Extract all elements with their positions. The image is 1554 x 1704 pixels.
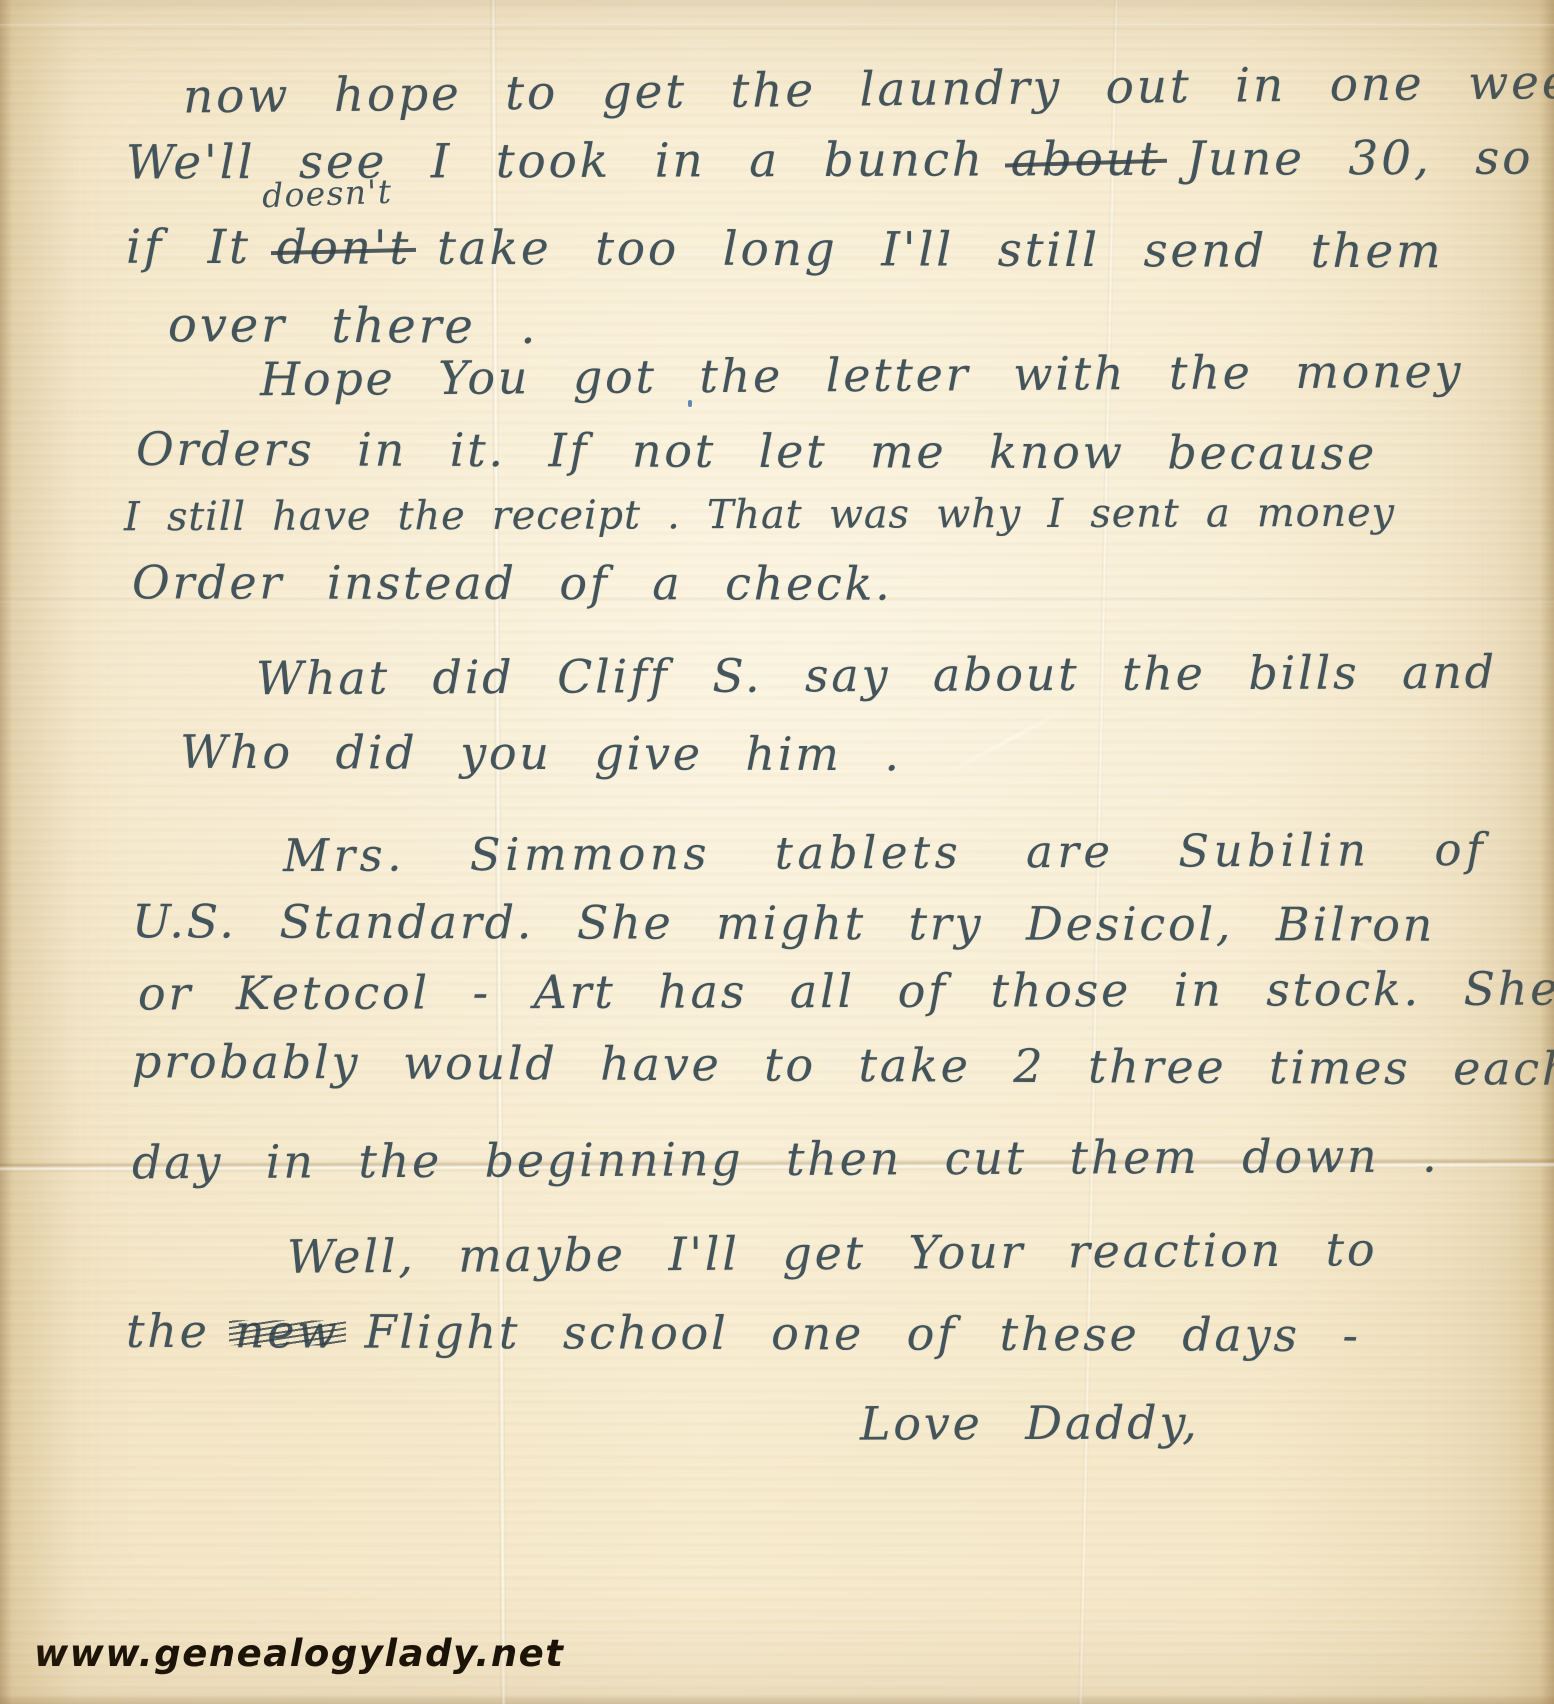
paper-edge-shadow-bottom [0,1694,1554,1704]
letter-text: now hope to get the laundry out in one w… [183,54,1554,124]
letter-text: What did Cliff S. say about the bills an… [256,645,1497,705]
letter-line-6: Orders in it. If not let me know because [136,422,1377,480]
letter-line-1: now hope to get the laundry out in one w… [183,54,1554,124]
paper-edge-shadow-right [1540,0,1554,1704]
inserted-word-above-line: doesn't [261,172,393,216]
letter-text: probably would have to take 2 three time… [132,1034,1554,1096]
letter-text: Flight school one of these days - [365,1305,1361,1362]
letter-text: Orders in it. If not let me know because [136,422,1377,480]
letter-line-7: I still have the receipt . That was why … [124,490,1395,540]
watermark: www.genealogylady.net [34,1632,564,1675]
letter-line-17: thenewFlight school one of these days - [126,1304,1361,1362]
letter-text: Who did you give him . [180,725,902,782]
letter-line-12: U.S. Standard. She might try Desicol, Bi… [132,894,1435,951]
letter-text: doesn't [261,172,393,216]
watermark-text: www.genealogylady.net [34,1632,564,1675]
scribbled-out-word: new [235,1304,340,1358]
letter-text: take too long I'll still send them [437,221,1444,280]
letter-signature: Love Daddy, [860,1395,1200,1450]
letter-text: We'll see I took in a bunch [126,132,985,190]
struck-out-word: don't [277,220,412,275]
letter-text: I still have the receipt . That was why … [124,490,1395,540]
letter-page: now hope to get the laundry out in one w… [0,0,1554,1704]
paper-wrinkle [938,705,1072,779]
letter-line-5: Hope You got the letter with the money [260,344,1464,406]
letter-text: day in the beginning then cut them down … [132,1129,1440,1190]
letter-text: the [126,1304,210,1358]
letter-line-16: Well, maybe I'll get Your reaction to [287,1222,1378,1284]
paper-edge-shadow-left [0,0,12,1704]
letter-text: if It [126,220,251,275]
fold-crease-horizontal-top [0,24,1554,30]
letter-text: or Ketocol - Art has all of those in sto… [138,962,1554,1021]
letter-text: U.S. Standard. She might try Desicol, Bi… [132,894,1435,951]
letter-line-8: Order instead of a check. [132,555,893,610]
struck-out-word: about [1011,132,1161,188]
letter-line-15: day in the beginning then cut them down … [132,1129,1440,1190]
letter-text: Mrs. Simmons tablets are Subilin of [283,823,1487,882]
letter-line-13: or Ketocol - Art has all of those in sto… [138,962,1554,1021]
letter-text: Love Daddy, [860,1395,1200,1450]
letter-text: June 30, so [1186,131,1533,187]
letter-text: over there . [168,297,539,355]
letter-text: Well, maybe I'll get Your reaction to [287,1222,1378,1284]
letter-text: Order instead of a check. [132,555,893,610]
letter-line-3: if Itdon'ttake too long I'll still send … [126,220,1444,280]
letter-line-11: Mrs. Simmons tablets are Subilin of [283,823,1487,882]
letter-line-10: Who did you give him . [180,725,902,782]
letter-line-9: What did Cliff S. say about the bills an… [256,645,1497,705]
letter-text: Hope You got the letter with the money [260,344,1464,406]
letter-line-4: over there . [168,297,539,355]
letter-line-14: probably would have to take 2 three time… [132,1034,1554,1096]
